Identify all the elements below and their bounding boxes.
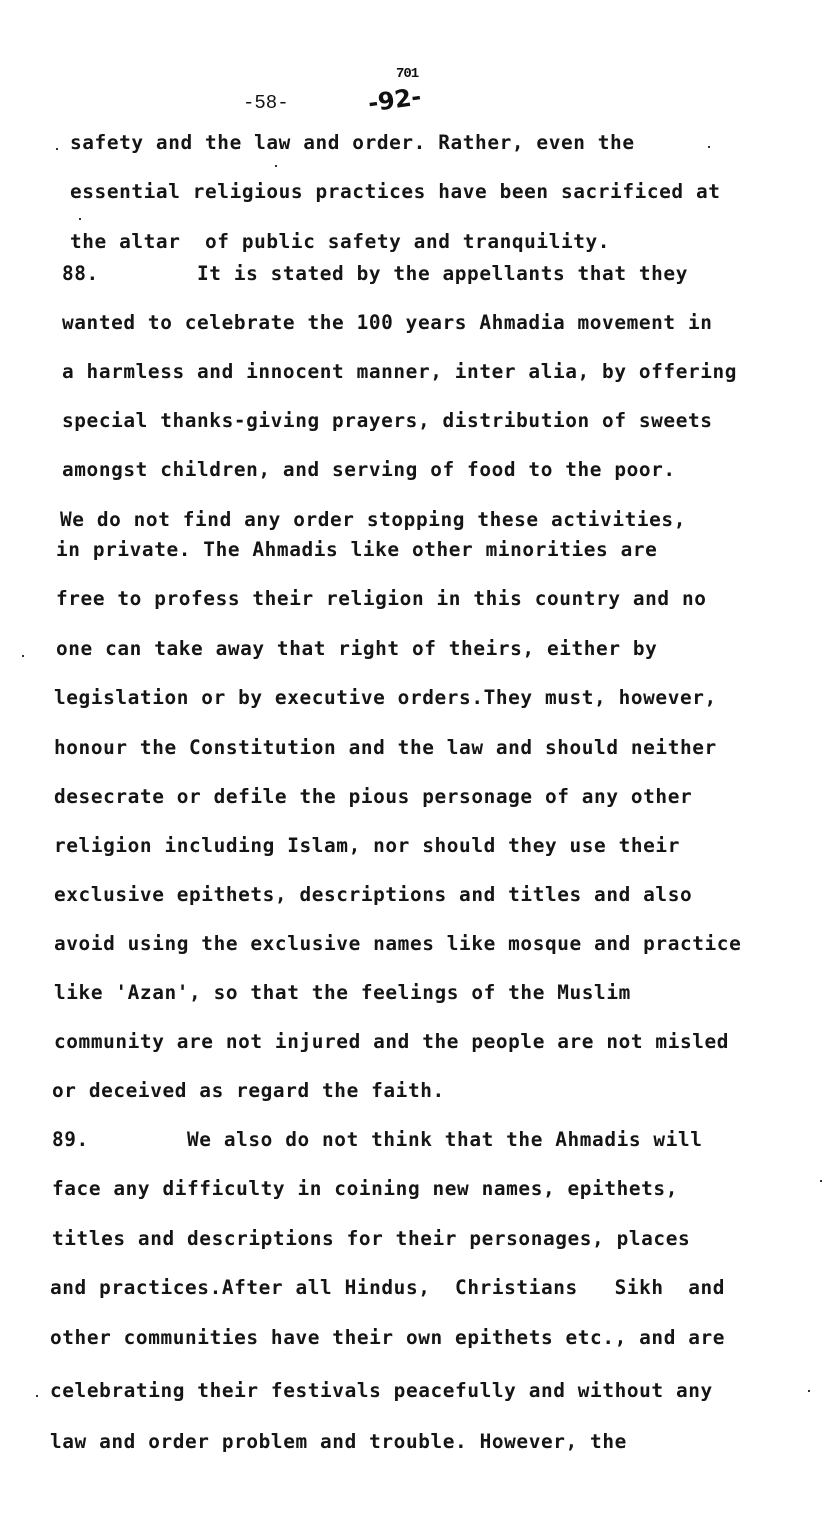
text-line: 88. It is stated by the appellants that … — [62, 262, 688, 285]
text-line: legislation or by executive orders.They … — [54, 686, 717, 709]
text-line: one can take away that right of theirs, … — [56, 637, 657, 660]
text-line: amongst children, and serving of food to… — [62, 458, 676, 481]
stamp-number: 701 — [396, 66, 418, 82]
scan-speck — [56, 148, 58, 150]
text-line: desecrate or defile the pious personage … — [54, 785, 692, 808]
text-line: We do not find any order stopping these … — [60, 508, 686, 531]
text-line: safety and the law and order. Rather, ev… — [70, 131, 635, 154]
page-number: -58- — [243, 92, 289, 114]
scan-speck — [820, 1180, 822, 1182]
text-line: or deceived as regard the faith. — [52, 1079, 445, 1102]
scan-speck — [79, 218, 81, 220]
scan-speck — [36, 1395, 38, 1397]
text-line: avoid using the exclusive names like mos… — [54, 932, 741, 955]
handwritten-page-number: -92- — [366, 82, 423, 117]
text-line: free to profess their religion in this c… — [56, 587, 707, 610]
text-line: the altar of public safety and tranquili… — [70, 230, 610, 253]
text-line: essential religious practices have been … — [70, 180, 721, 203]
text-line: celebrating their festivals peacefully a… — [50, 1379, 713, 1402]
text-line: exclusive epithets, descriptions and tit… — [54, 883, 692, 906]
text-line: honour the Constitution and the law and … — [54, 736, 717, 759]
text-line: community are not injured and the people… — [54, 1030, 729, 1053]
scan-speck — [708, 146, 710, 148]
document-page: 701 -58- -92- safety and the law and ord… — [0, 0, 840, 1540]
text-line: titles and descriptions for their person… — [52, 1227, 690, 1250]
text-line: in private. The Ahmadis like other minor… — [56, 538, 657, 561]
text-line: law and order problem and trouble. Howev… — [50, 1430, 627, 1453]
text-line: a harmless and innocent manner, inter al… — [62, 360, 737, 383]
scan-speck — [808, 1390, 810, 1392]
text-line: wanted to celebrate the 100 years Ahmadi… — [62, 311, 713, 334]
scan-speck — [275, 165, 277, 167]
text-line: like 'Azan', so that the feelings of the… — [54, 981, 631, 1004]
text-line: 89. We also do not think that the Ahmadi… — [52, 1128, 703, 1151]
text-line: special thanks-giving prayers, distribut… — [62, 409, 713, 432]
text-line: religion including Islam, nor should the… — [54, 834, 680, 857]
scan-speck — [22, 655, 24, 657]
text-line: face any difficulty in coining new names… — [52, 1177, 678, 1200]
text-line: and practices.After all Hindus, Christia… — [50, 1276, 725, 1299]
text-line: other communities have their own epithet… — [50, 1326, 725, 1349]
